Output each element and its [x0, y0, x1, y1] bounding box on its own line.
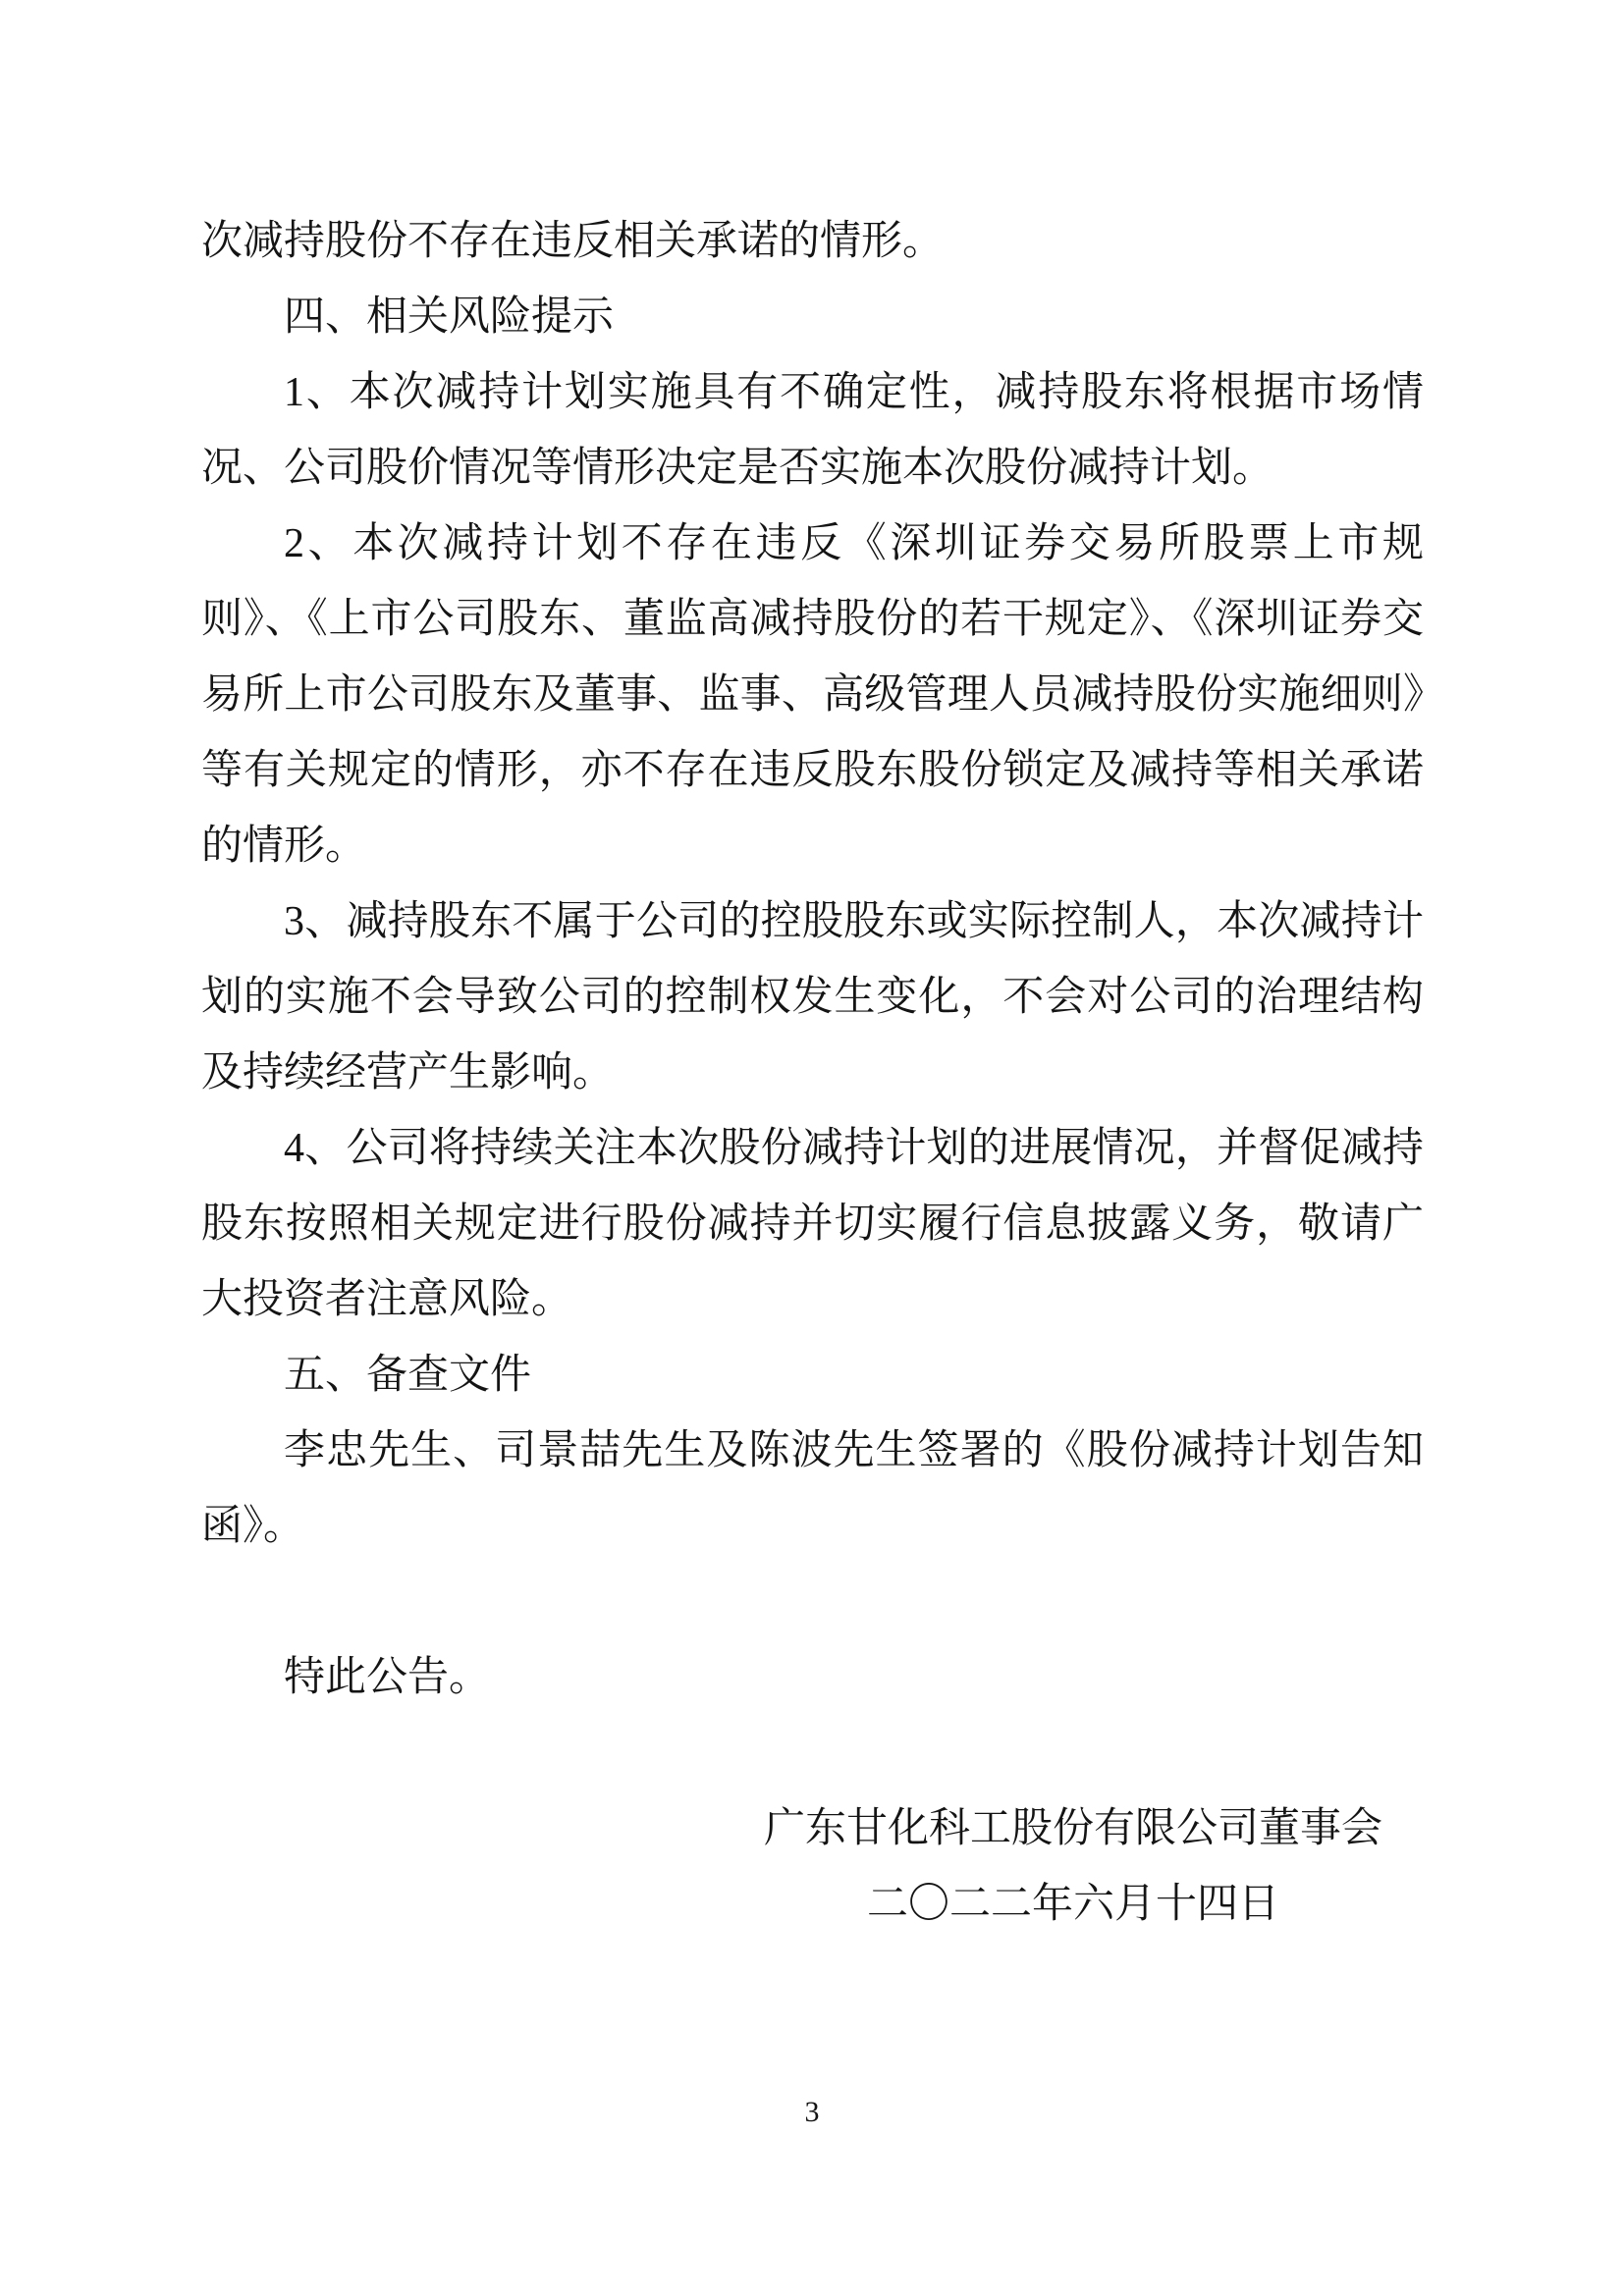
paragraph-reference-documents: 李忠先生、司景喆先生及陈波先生签署的《股份减持计划告知函》。	[201, 1414, 1424, 1565]
section-heading-reference-documents: 五、备查文件	[201, 1338, 1424, 1414]
paragraph-risk-item-4: 4、公司将持续关注本次股份减持计划的进展情况，并督促减持股东按照相关规定进行股份…	[201, 1111, 1424, 1338]
paragraph-announcement-closing: 特此公告。	[201, 1640, 1424, 1716]
signature-company: 广东甘化科工股份有限公司董事会	[764, 1791, 1382, 1867]
paragraph-risk-item-2: 2、本次减持计划不存在违反《深圳证券交易所股票上市规则》、《上市公司股东、董监高…	[201, 507, 1424, 884]
signature-date: 二〇二二年六月十四日	[867, 1867, 1279, 1943]
paragraph-risk-item-1: 1、本次减持计划实施具有不确定性，减持股东将根据市场情况、公司股价情况等情形决定…	[201, 355, 1424, 507]
section-heading-risk-notice: 四、相关风险提示	[201, 280, 1424, 355]
page-number: 3	[805, 2093, 820, 2132]
paragraph-risk-item-3: 3、减持股东不属于公司的控股股东或实际控制人，本次减持计划的实施不会导致公司的控…	[201, 884, 1424, 1111]
paragraph-continuation: 次减持股份不存在违反相关承诺的情形。	[201, 204, 1424, 280]
signature-block: 广东甘化科工股份有限公司董事会 二〇二二年六月十四日	[764, 1791, 1382, 1943]
document-page: 次减持股份不存在违反相关承诺的情形。 四、相关风险提示 1、本次减持计划实施具有…	[0, 0, 1624, 2296]
